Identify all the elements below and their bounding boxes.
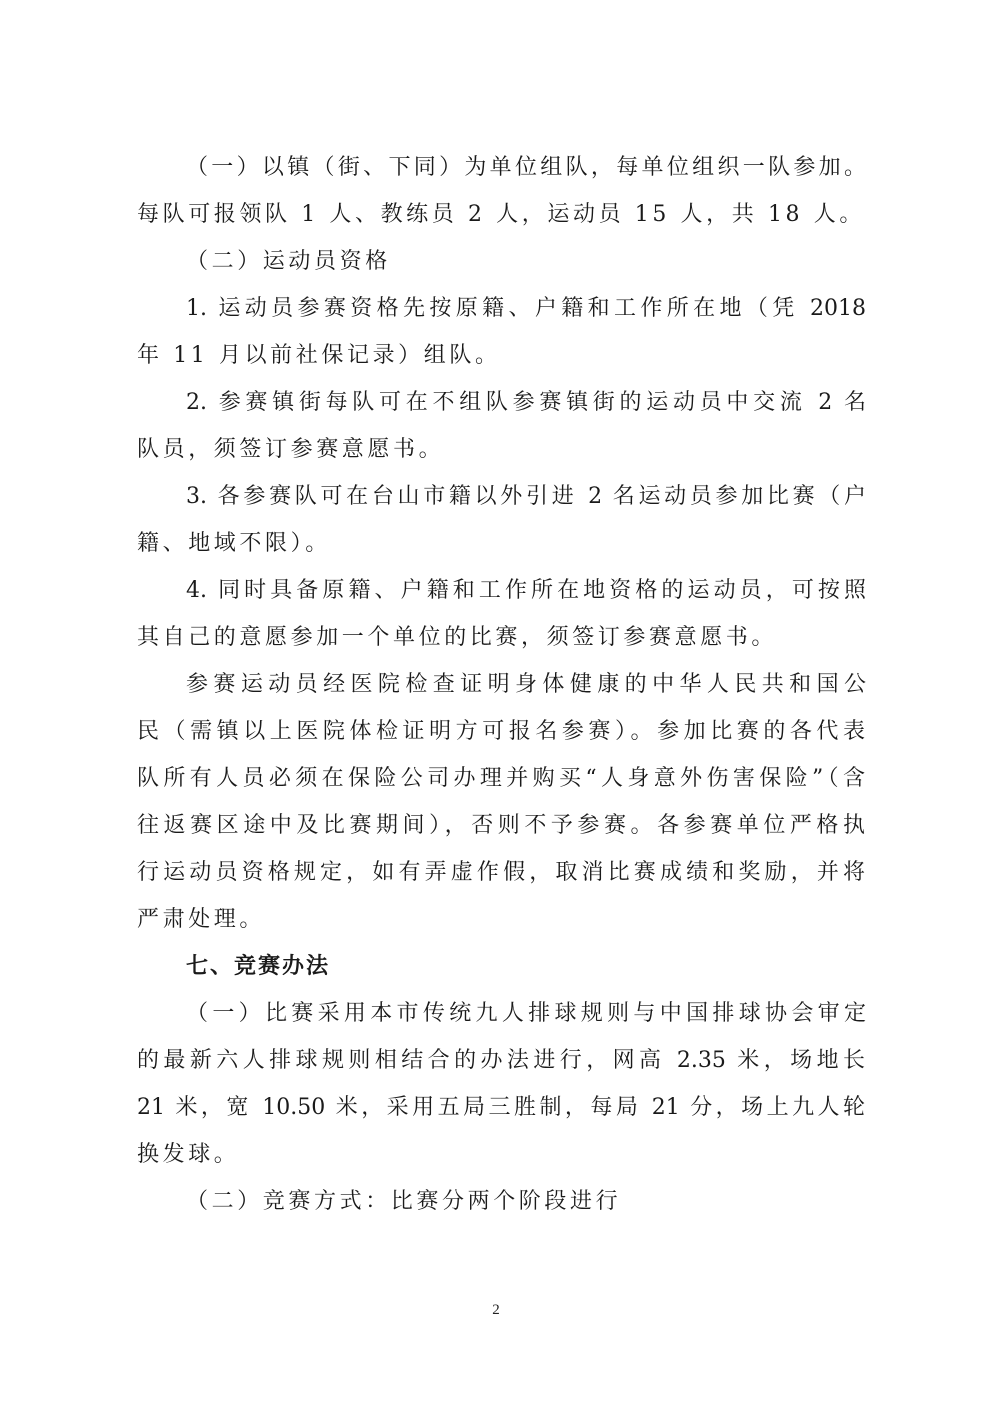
paragraph-line: 2. 参赛镇街每队可在不组队参赛镇街的运动员中交流 2 名	[186, 388, 866, 418]
paragraph-line: 换发球。	[137, 1140, 865, 1170]
paragraph-line: 21 米，宽 10.50 米，采用五局三胜制，每局 21 分，场上九人轮	[137, 1093, 865, 1123]
paragraph-line: （一）比赛采用本市传统九人排球规则与中国排球协会审定	[186, 999, 866, 1029]
paragraph-line: 每队可报领队 1 人、教练员 2 人，运动员 15 人，共 18 人。	[137, 200, 865, 230]
paragraph-line: 严肃处理。	[137, 905, 865, 935]
paragraph-line: （一）以镇（街、下同）为单位组队，每单位组织一队参加。	[186, 153, 866, 183]
paragraph-line: 3. 各参赛队可在台山市籍以外引进 2 名运动员参加比赛（户	[186, 482, 866, 512]
paragraph-line: （二）运动员资格	[186, 247, 866, 277]
paragraph-line: 籍、地域不限）。	[137, 529, 865, 559]
paragraph-line: 往返赛区途中及比赛期间），否则不予参赛。各参赛单位严格执	[137, 811, 865, 841]
paragraph-line: 1. 运动员参赛资格先按原籍、户籍和工作所在地（凭 2018	[186, 294, 866, 324]
paragraph-line: 民（需镇以上医院体检证明方可报名参赛）。参加比赛的各代表	[137, 717, 865, 747]
document-page: （一）以镇（街、下同）为单位组队，每单位组织一队参加。每队可报领队 1 人、教练…	[0, 0, 992, 1403]
section-heading: 七、竞赛办法	[186, 952, 866, 982]
paragraph-line: 年 11 月以前社保记录）组队。	[137, 341, 865, 371]
paragraph-line: 参赛运动员经医院检查证明身体健康的中华人民共和国公	[186, 670, 866, 700]
paragraph-line: 的最新六人排球规则相结合的办法进行，网高 2.35 米，场地长	[137, 1046, 865, 1076]
paragraph-line: 队所有人员必须在保险公司办理并购买“人身意外伤害保险”（含	[137, 764, 865, 794]
paragraph-line: 4. 同时具备原籍、户籍和工作所在地资格的运动员，可按照	[186, 576, 866, 606]
paragraph-line: 队员，须签订参赛意愿书。	[137, 435, 865, 465]
paragraph-line: （二）竞赛方式：比赛分两个阶段进行	[186, 1187, 866, 1217]
paragraph-line: 行运动员资格规定，如有弄虚作假，取消比赛成绩和奖励，并将	[137, 858, 865, 888]
page-number: 2	[0, 1302, 992, 1319]
paragraph-line: 其自己的意愿参加一个单位的比赛，须签订参赛意愿书。	[137, 623, 865, 653]
